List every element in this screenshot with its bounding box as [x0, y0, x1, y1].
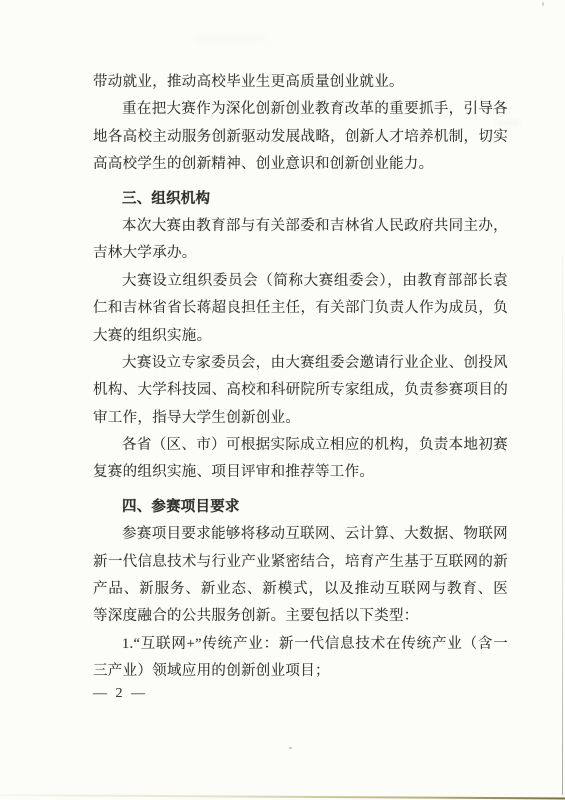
text-line: 审工作，指导大学生创新创业。	[93, 405, 508, 432]
section-heading: 四、参赛项目要求	[93, 494, 508, 521]
text-line: 大赛的组织实施。	[93, 323, 508, 350]
text-line: 等深度融合的公共服务创新。主要包括以下类型：	[93, 603, 508, 630]
document-text-block: 带动就业，推动高校毕业生更高质量创业就业。重在把大赛作为深化创新创业教育改革的重…	[93, 69, 508, 686]
text-line: 仁和吉林省省长蒋超良担任主任，有关部门负责人作为成员，负责	[93, 295, 508, 322]
text-line: 大赛设立组织委员会（简称大赛组委会），由教育部部长袁贵	[93, 268, 508, 295]
text-line: 复赛的组织实施、项目评审和推荐等工作。	[93, 459, 508, 486]
text-line: 新一代信息技术与行业产业紧密结合，培育产生基于互联网的新	[93, 549, 508, 576]
text-line: 带动就业，推动高校毕业生更高质量创业就业。	[93, 69, 508, 96]
text-line: 吉林大学承办。	[93, 240, 508, 267]
scan-speck	[289, 747, 292, 749]
scan-bottom-paper-edge	[0, 794, 565, 800]
page-number: — 2 —	[93, 685, 146, 703]
text-line: 本次大赛由教育部与有关部委和吉林省人民政府共同主办，	[93, 213, 508, 240]
text-line: 1.“互联网+”传统产业：新一代信息技术在传统产业（含一二	[93, 631, 508, 658]
scan-right-edge-artifact	[562, 255, 563, 795]
text-line: 三产业）领域应用的创新创业项目；	[93, 658, 508, 685]
text-line: 重在把大赛作为深化创新创业教育改革的重要抓手，引导各	[93, 96, 508, 123]
text-line: 参赛项目要求能够将移动互联网、云计算、大数据、物联网等	[93, 521, 508, 548]
text-line: 产品、新服务、新业态、新模式，以及推动互联网与教育、医疗、社区	[93, 576, 508, 603]
text-line: 机构、大学科技园、高校和科研院所专家组成，负责参赛项目的评	[93, 377, 508, 404]
text-line: 地各高校主动服务创新驱动发展战略，创新人才培养机制，切实提	[93, 124, 508, 151]
text-line: 各省（区、市）可根据实际成立相应的机构，负责本地初赛和	[93, 432, 508, 459]
section-heading: 三、组织机构	[93, 186, 508, 213]
scan-speck	[542, 2, 544, 6]
text-line: 高高校学生的创新精神、创业意识和创新创业能力。	[93, 151, 508, 178]
scan-smudge	[195, 34, 265, 42]
text-line: 大赛设立专家委员会，由大赛组委会邀请行业企业、创投风投	[93, 350, 508, 377]
scanned-page: 带动就业，推动高校毕业生更高质量创业就业。重在把大赛作为深化创新创业教育改革的重…	[0, 0, 565, 800]
